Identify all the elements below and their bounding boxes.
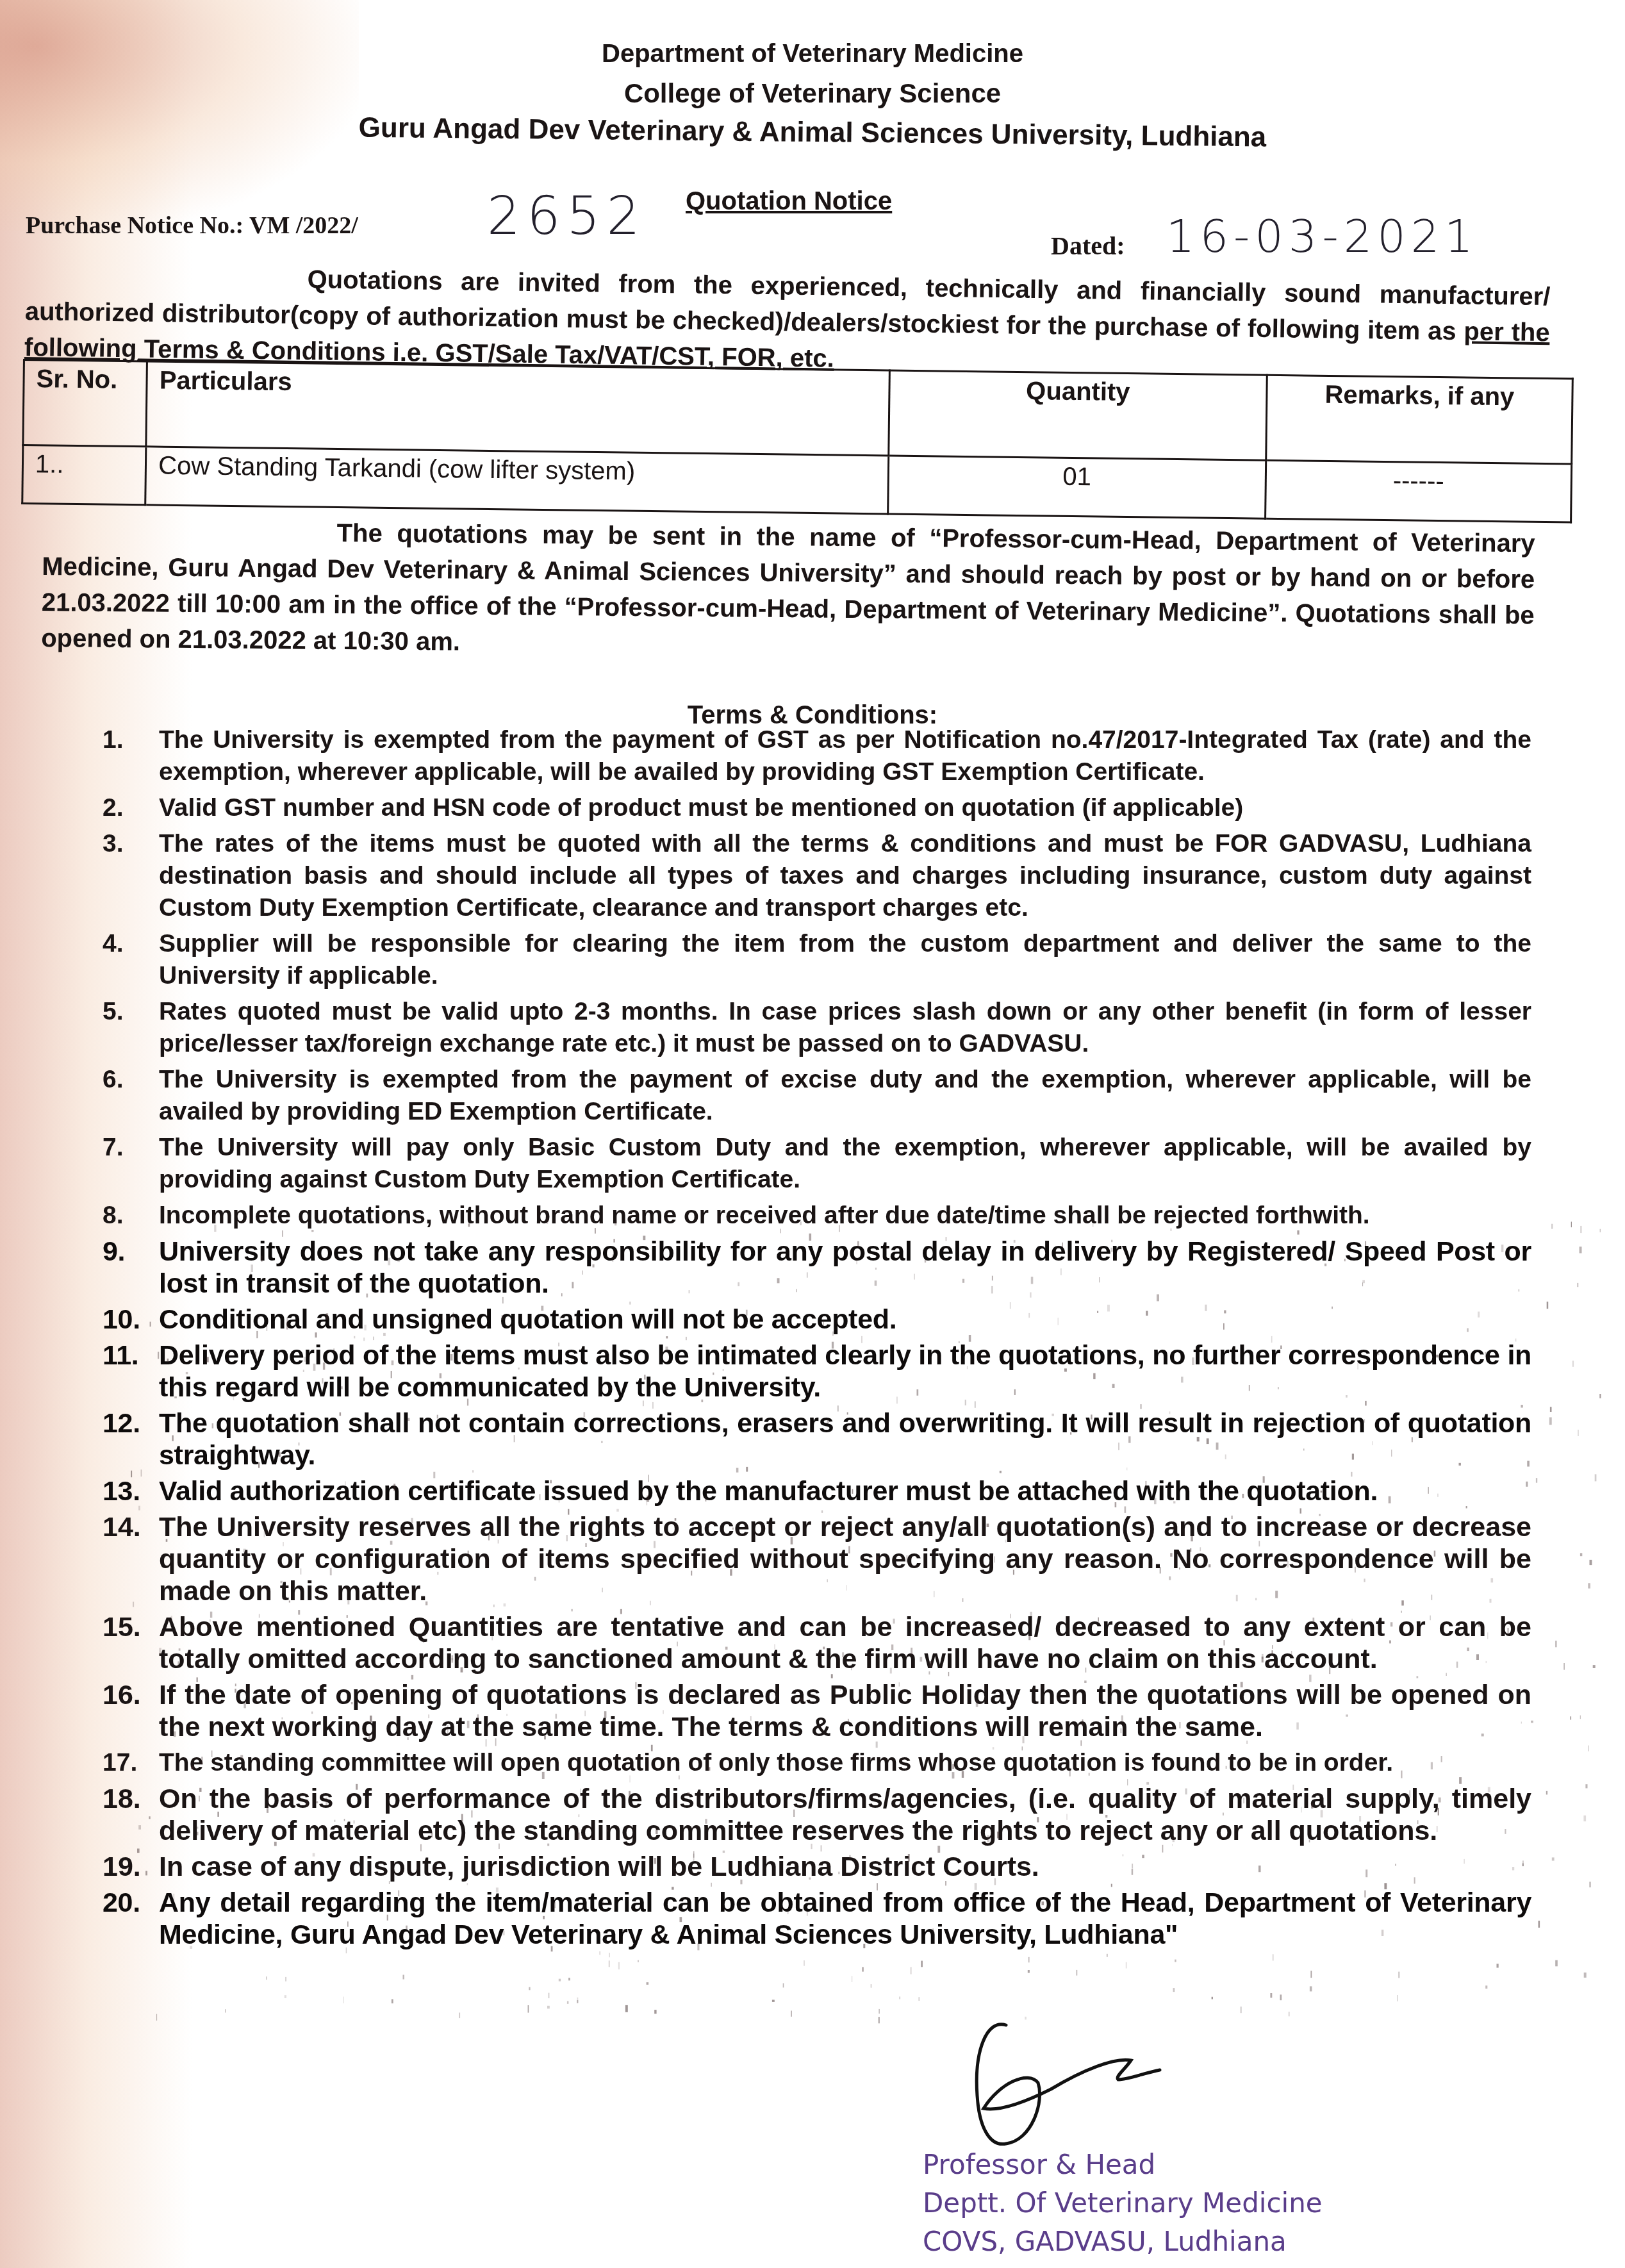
official-stamp: Professor & Head Deptt. Of Veterinary Me… [923, 2146, 1323, 2261]
stamp-line-title: Professor & Head [923, 2146, 1323, 2184]
cell-remarks: ------ [1265, 460, 1571, 522]
purchase-notice-label: Purchase Notice No.: VM /2022/ [26, 211, 358, 240]
term-item: 10.Conditional and unsigned quotation wi… [64, 1304, 1531, 1336]
terms-list: 1.The University is exempted from the pa… [64, 724, 1531, 1955]
col-quantity: Quantity [889, 370, 1267, 460]
term-item: 5.Rates quoted must be valid upto 2-3 mo… [64, 996, 1531, 1060]
cell-particulars: Cow Standing Tarkandi (cow lifter system… [145, 447, 889, 514]
dated-label: Dated: [1051, 231, 1125, 261]
term-item: 3.The rates of the items must be quoted … [64, 828, 1531, 924]
stamp-line-department: Deptt. Of Veterinary Medicine [923, 2184, 1323, 2222]
cell-sr-no: 1.. [22, 445, 146, 505]
term-item: 12.The quotation shall not contain corre… [64, 1407, 1531, 1471]
submission-paragraph: The quotations may be sent in the name o… [41, 513, 1535, 669]
signature [961, 1999, 1217, 2160]
submission-text: The quotations may be sent in the name o… [41, 519, 1535, 656]
term-item: 7.The University will pay only Basic Cus… [64, 1132, 1531, 1196]
col-sr-no: Sr. No. [23, 360, 147, 447]
intro-text: Quotations are invited from the experien… [25, 265, 1551, 345]
cell-quantity: 01 [888, 456, 1266, 518]
term-item: 15.Above mentioned Quantities are tentat… [64, 1611, 1531, 1675]
col-particulars: Particulars [146, 361, 889, 456]
items-table: Sr. No. Particulars Quantity Remarks, if… [21, 359, 1574, 524]
term-item: 4.Supplier will be responsible for clear… [64, 928, 1531, 992]
term-item: 2.Valid GST number and HSN code of produ… [64, 792, 1531, 824]
term-item: 6.The University is exempted from the pa… [64, 1064, 1531, 1128]
stamp-line-institution: COVS, GADVASU, Ludhiana [923, 2222, 1323, 2261]
quotation-notice-title: Quotation Notice [686, 187, 892, 216]
term-item: 16.If the date of opening of quotations … [64, 1679, 1531, 1743]
quotation-notice-document: Department of Veterinary Medicine Colleg… [0, 0, 1625, 2268]
header-college: College of Veterinary Science [0, 78, 1625, 109]
term-item: 9.University does not take any responsib… [64, 1236, 1531, 1300]
col-remarks: Remarks, if any [1266, 375, 1573, 464]
term-item: 11.Delivery period of the items must als… [64, 1339, 1531, 1403]
purchase-notice-number-handwritten: 2652 [487, 186, 647, 247]
dated-handwritten: 16-03-2021 [1166, 210, 1478, 263]
term-item: 14.The University reserves all the right… [64, 1511, 1531, 1607]
term-item: 8.Incomplete quotations, without brand n… [64, 1200, 1531, 1232]
term-item: 13.Valid authorization certificate issue… [64, 1475, 1531, 1507]
header-department: Department of Veterinary Medicine [0, 40, 1625, 69]
term-item: 1.The University is exempted from the pa… [64, 724, 1531, 788]
term-item: 19.In case of any dispute, jurisdiction … [64, 1851, 1531, 1883]
term-item: 17.The standing committee will open quot… [64, 1747, 1531, 1779]
term-item: 18.On the basis of performance of the di… [64, 1783, 1531, 1847]
header-university: Guru Angad Dev Veterinary & Animal Scien… [0, 108, 1625, 158]
term-item: 20.Any detail regarding the item/materia… [64, 1887, 1531, 1951]
